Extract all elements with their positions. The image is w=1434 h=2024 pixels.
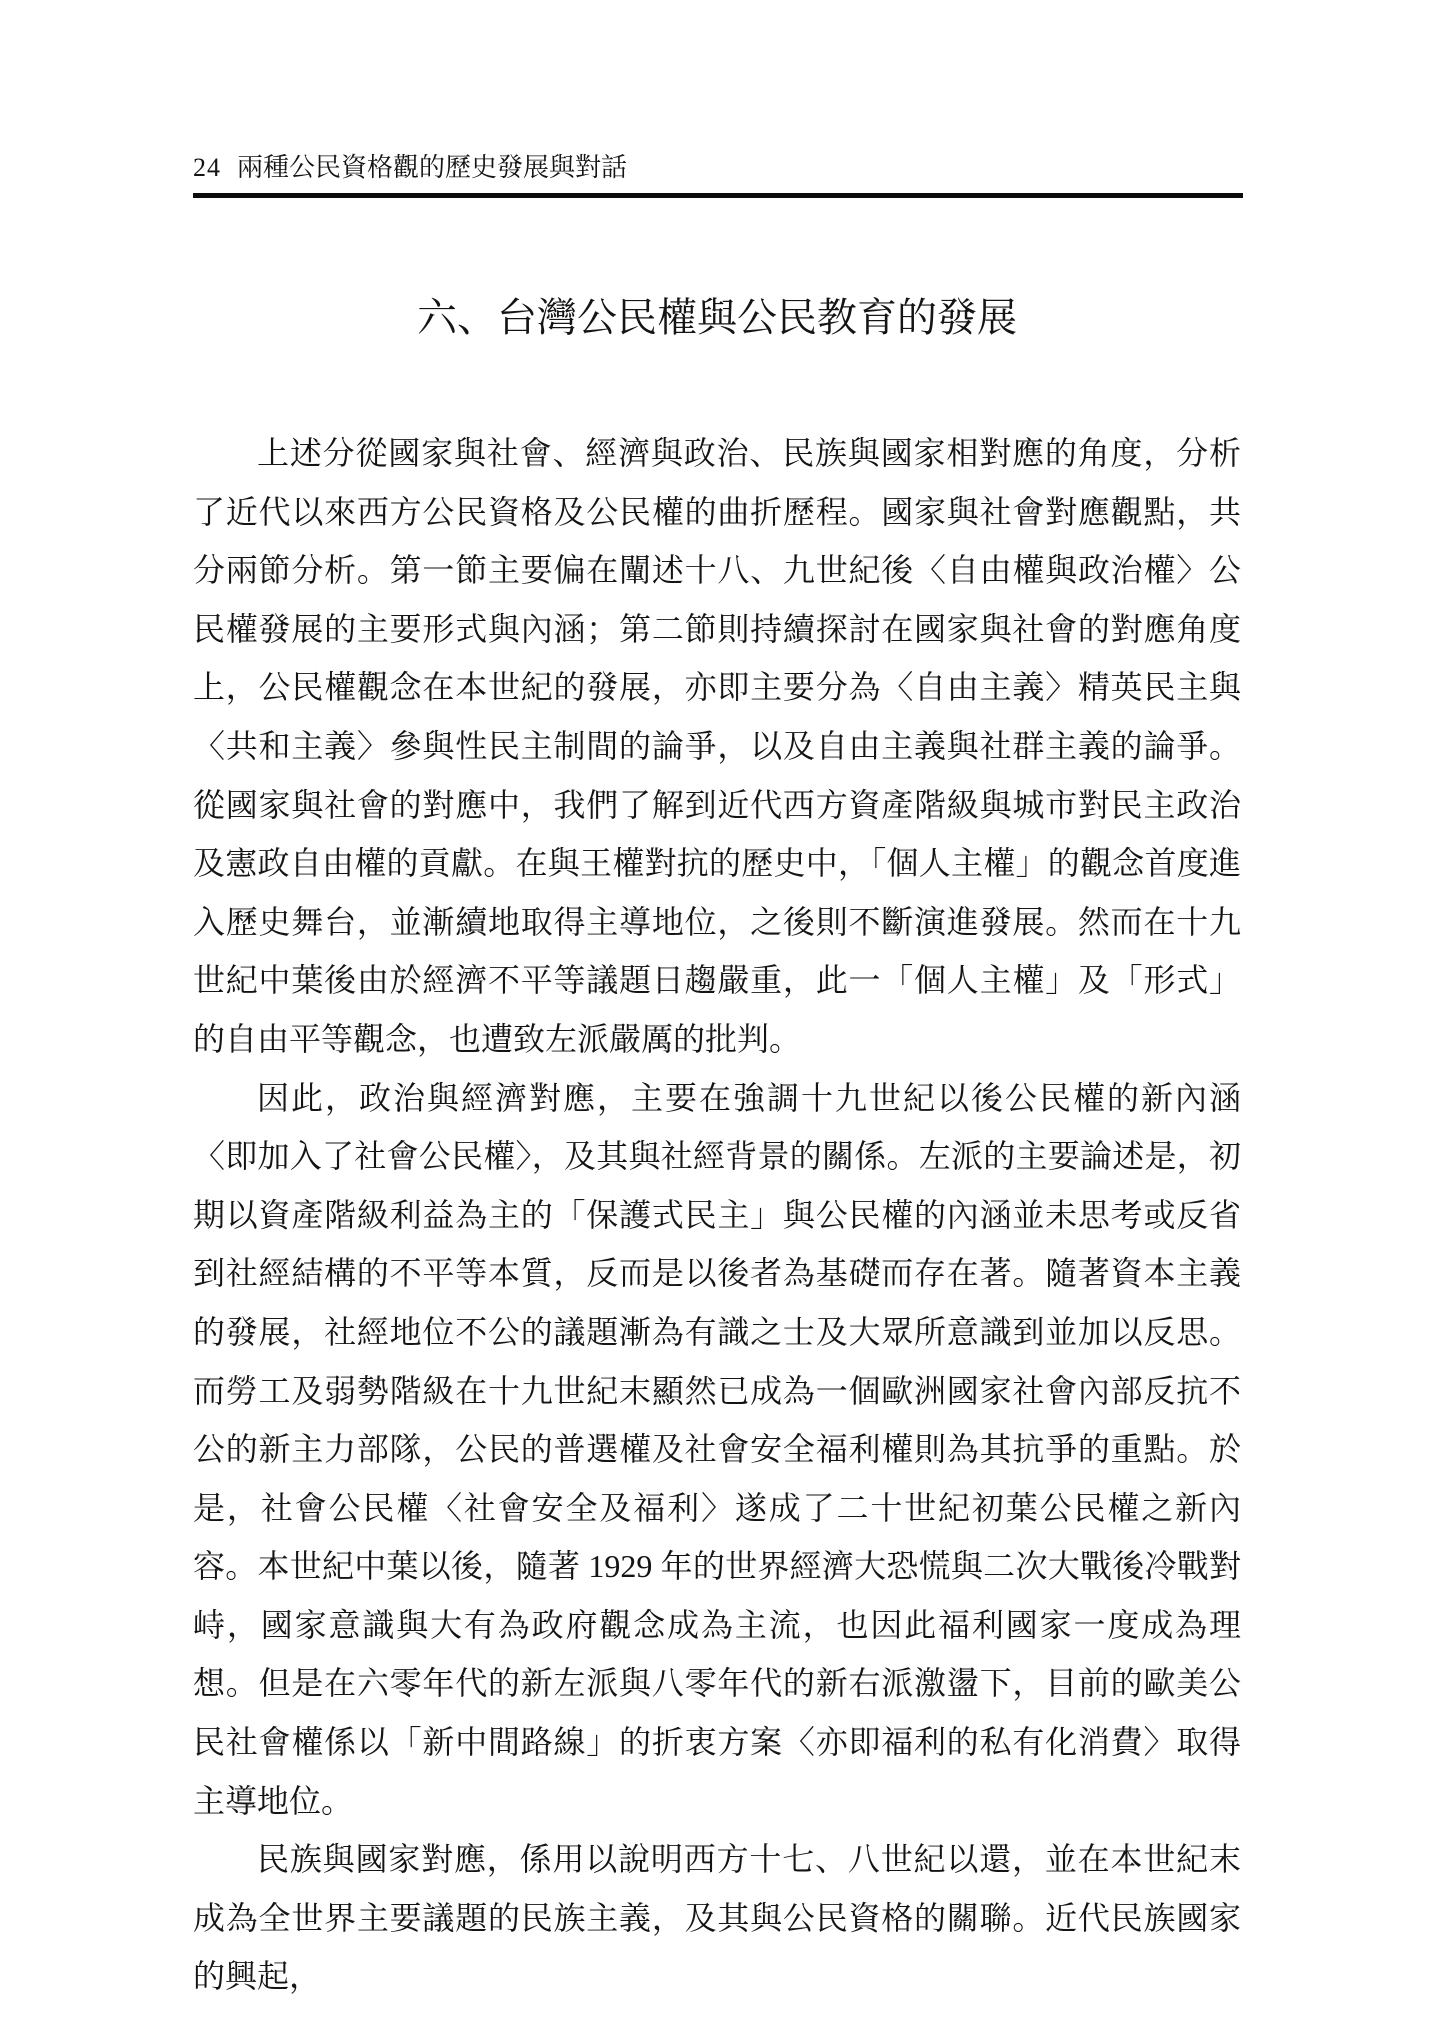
- book-page: 24兩種公民資格觀的歷史發展與對話 六、台灣公民權與公民教育的發展 上述分從國家…: [0, 0, 1434, 2024]
- section-title: 六、台灣公民權與公民教育的發展: [193, 294, 1241, 342]
- paragraph: 上述分從國家與社會、經濟與政治、民族與國家相對應的角度，分析了近代以來西方公民資…: [193, 424, 1241, 1069]
- running-title: 兩種公民資格觀的歷史發展與對話: [237, 153, 627, 182]
- running-header: 24兩種公民資格觀的歷史發展與對話: [193, 151, 1243, 185]
- body-text: 上述分從國家與社會、經濟與政治、民族與國家相對應的角度，分析了近代以來西方公民資…: [193, 424, 1241, 2006]
- header-divider-rule: [193, 193, 1243, 198]
- paragraph: 因此，政治與經濟對應，主要在強調十九世紀以後公民權的新內涵〈即加入了社會公民權〉…: [193, 1069, 1241, 1831]
- paragraph: 民族與國家對應，係用以說明西方十七、八世紀以還，並在本世紀末成為全世界主要議題的…: [193, 1830, 1241, 2006]
- page-number: 24: [193, 151, 221, 185]
